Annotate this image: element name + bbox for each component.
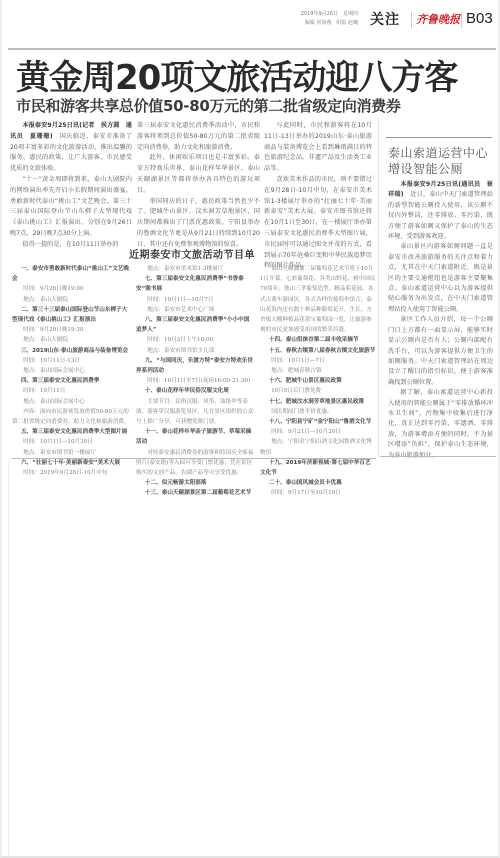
schedule-item-description: 内容：面向市民游客发放价值50-80万元的第二批省级定向消费券，助力文化和旅游消… bbox=[12, 407, 130, 427]
schedule-item-detail: 地点：泰山国际会展中心 bbox=[12, 366, 130, 376]
article-paragraph: “十一”黄金周即将到来，泰山大剧院内的网络演出率先开启小长假期间演出盛宴，勇敢新… bbox=[10, 175, 132, 240]
schedule-item-title: 八、第三届泰安文化惠民消费季“小小中国追梦人” bbox=[136, 315, 254, 335]
editor-credits: 编辑 侯海燕 组版 赵曦 bbox=[294, 19, 358, 28]
headline: 黄金周20项文旅活动迎八方客 bbox=[16, 59, 457, 97]
divider bbox=[411, 12, 412, 28]
masthead-rule bbox=[8, 48, 496, 50]
schedule-item-detail: 时间：10月1日—7日 bbox=[260, 356, 376, 366]
schedule-rule bbox=[12, 458, 376, 459]
sidebar-rule-top bbox=[386, 137, 492, 138]
schedule-item-title: 十四、泰山徂徕谷第二届丰收采摘节 bbox=[260, 335, 376, 345]
schedule-item-detail: 地点：肥城春秋古镇 bbox=[260, 366, 376, 376]
masthead: 2019年9月26日 星期四 编辑 侯海燕 组版 赵曦 关注 齐鲁晚报 B03 bbox=[2, 6, 500, 46]
schedule-item-detail: 时间：10月3日上午10:00 bbox=[136, 335, 254, 345]
schedule-item-detail: 时间：10月11日 bbox=[12, 386, 130, 396]
schedule-item-detail: 时间：9月17日至10月10日 bbox=[260, 488, 376, 498]
schedule-column-3: 泰山天颐湖第二届葡萄花艺术节将于10月1日开幕，七彩葡萄花、各类山野花、树中国庆… bbox=[260, 264, 376, 499]
masthead-meta: 2019年9月26日 星期四 编辑 侯海燕 组版 赵曦 bbox=[294, 10, 358, 28]
schedule-item-title: 四、第三届泰安文化惠民消费季 bbox=[12, 376, 130, 386]
sidebar-paragraph: 本报泰安9月25日讯(通讯员 崔祥瑞) 近日，泰山中天门索道管理站的新型智能公厕… bbox=[388, 180, 493, 242]
schedule-item-detail: 10月5日后门票免费 bbox=[260, 386, 376, 396]
sidebar-headline: 泰山索道运营中心增设智能公厕 bbox=[388, 145, 494, 177]
schedule-item-detail: 国庆期间门票半价优惠。 bbox=[260, 407, 376, 417]
schedule-item-title: 十二、似元畅游太阳部落 bbox=[136, 478, 254, 488]
section-name: 关注 bbox=[370, 9, 400, 29]
schedule-item-description: 对持泰安惠民消费券的游客和持国庆全家福照片(泰安籍)等入园可享受门票优惠；凭在景… bbox=[136, 448, 254, 479]
sidebar-paragraph: 据了解，泰山索道运营中心新投入使用的智能公厕属于“零排放循环冲水卫生间”，污物集… bbox=[388, 388, 493, 461]
schedule-item-detail: 地点：泰山大剧院 bbox=[12, 295, 130, 305]
schedule-item-detail: 地点：泰安市美术馆1-3楼展厅 bbox=[136, 264, 254, 274]
article-paragraph: 举国同庆的日子，惠民政策当然也少不了。肥城牛山景区、汶水洞芳草地景区，国庆期间都… bbox=[137, 197, 260, 251]
schedule-item-title: 二十、泰山国风城会员卡优惠 bbox=[260, 478, 376, 488]
schedule-item-title: 十、泰山花样年华民俗汉服文化周 bbox=[136, 386, 254, 396]
schedule-item-title: 十八、宁阳县宁矿“金宁阳山”鲁酒文化节 bbox=[260, 417, 376, 427]
schedule-item-description: 泰山天颐湖第二届葡萄花艺术节将于10月1日开幕，七彩葡萄花、各类山野花、树中国庆… bbox=[260, 264, 376, 335]
newspaper-logo: 齐鲁晚报 bbox=[416, 11, 460, 27]
subheadline: 市民和游客共享总价值50-80万元的第二批省级定向消费券 bbox=[16, 97, 401, 115]
sidebar-article: 本报泰安9月25日讯(通讯员 崔祥瑞) 近日，泰山中天门索道管理站的新型智能公厕… bbox=[388, 180, 493, 461]
schedule-item-detail: 时间：10月11日-13日 bbox=[12, 356, 130, 366]
schedule-item-title: 六、“壮丽七十年·美丽新泰安”美术大展 bbox=[12, 458, 130, 468]
article-paragraph: 与此同时，市民和游客将在10月11日-13日举办的2019山东·泰山旅游商品与装… bbox=[264, 121, 372, 175]
schedule-item-title: 七、第三届泰安文化惠民消费季“书香泰安”图书展 bbox=[136, 274, 254, 294]
newspaper-page: 2019年9月26日 星期四 编辑 侯海燕 组版 赵曦 关注 齐鲁晚报 B03 … bbox=[0, 0, 500, 858]
article-paragraph: 此外，休闲娱乐项目也是丰富多彩。泰安方特欢乐世界、泰山花样年华景区、泰山天颐湖景… bbox=[137, 153, 260, 196]
schedule-column-1: 一、泰安市勇敢新时代泰山“挑山工”文艺晚会时间：9月26日晚19:00地点：泰山… bbox=[12, 264, 130, 478]
page-margin-rule bbox=[8, 462, 9, 856]
article-column-1: 本报泰安9月25日讯(记者 侯方圆 通讯员 夏珊珊) 国庆临近，泰安市准备了20… bbox=[10, 121, 132, 251]
schedule-item-detail: 时间：9月29日晚19:30 bbox=[12, 325, 130, 335]
sidebar-paragraph: 泰山景区内游客如厕问题一直是泰安市改善旅游服务的关注点和着力点，尤其在中天门索道… bbox=[388, 242, 493, 315]
schedule-item-detail: 地点：宁阳金宁阳山酒文化园鲁酒文化博物馆 bbox=[260, 437, 376, 457]
schedule-item-title: 十五、春秋古镇第八届春秋古镇文化旅游节 bbox=[260, 346, 376, 356]
schedule-item-title: 十三、泰山天颐湖景区第二届葡萄花艺术节 bbox=[136, 488, 254, 498]
issue-date: 2019年9月26日 星期四 bbox=[294, 10, 358, 19]
article-column-2: 第三届泰安文化惠民消费季活动中，市民和游客将领到总价值50-80万元的第二批省级… bbox=[137, 121, 260, 251]
schedule-item-detail: 时间：2019年9月28日-10月中旬 bbox=[12, 468, 130, 478]
article-paragraph: 第三届泰安文化惠民消费季活动中，市民和游客将领到总价值50-80万元的第二批省级… bbox=[137, 121, 260, 153]
schedule-item-detail: 时间：9月21日—10月20日 bbox=[260, 427, 376, 437]
schedule-item-detail: 时间：10月1日至7日(夜场16:00-21:30) bbox=[136, 376, 254, 386]
schedule-item-detail: 地点：泰山国际会展中心 bbox=[12, 397, 130, 407]
schedule-item-title: 三、2019山东·泰山旅游商品与装备博览会 bbox=[12, 346, 130, 356]
schedule-item-detail: 时间：10月1日—10月30日 bbox=[12, 437, 130, 447]
schedule-column-2: 地点：泰安市美术馆1-3楼展厅七、第三届泰安文化惠民消费季“书香泰安”图书展时间… bbox=[136, 264, 254, 499]
sidebar-paragraph: 景区工作人员介绍，每一个公厕门口上方都有一面显示屏，能够实时显示公厕内是否有人；… bbox=[388, 315, 493, 388]
schedule-item-detail: 时间：9月26日晚19:00 bbox=[12, 284, 130, 294]
schedule-item-detail: 地点：泰安市图书馆少儿部 bbox=[136, 346, 254, 356]
schedule-item-detail: 地点：泰安市艺术中心广场 bbox=[136, 305, 254, 315]
schedule-item-title: 十一、泰山花样年华亲子旅游节、草莓采摘活动 bbox=[136, 427, 254, 447]
schedule-title: 近期泰安市文旅活动节目单 bbox=[10, 246, 374, 261]
schedule-item-title: 一、泰安市勇敢新时代泰山“挑山工”文艺晚会 bbox=[12, 264, 130, 284]
schedule-item-title: 二、第三十三届泰山国际登山节山东梆子大型现代戏《泰山挑山工》汇报演出 bbox=[12, 305, 130, 325]
sidebar-rule-bottom bbox=[380, 456, 496, 457]
divider bbox=[461, 12, 462, 28]
schedule-item-description: 主要节目：民俗汉服、风筝、油纸伞等表演。游客穿汉服游览景区，凡在景区组织的公众号… bbox=[136, 397, 254, 428]
schedule-item-title: 十七、肥城汶水洞芳草地景区惠民政策 bbox=[260, 397, 376, 407]
schedule-item-title: 九、“与国同庆，乐渡方特”泰安方特欢乐世界系列活动 bbox=[136, 356, 254, 376]
schedule-item-title: 十九、2019年济新视城·第七届中华百艺文化节 bbox=[260, 458, 376, 478]
article-paragraph: 本报泰安9月25日讯(记者 侯方圆 通讯员 夏珊珊) 国庆临近，泰安市准备了20… bbox=[10, 121, 132, 175]
schedule-item-title: 十六、肥城牛山景区惠民政策 bbox=[260, 376, 376, 386]
column-divider bbox=[378, 118, 379, 458]
page-number: B03 bbox=[466, 10, 493, 27]
schedule-item-title: 五、第三届泰安文化惠民消费季大型图片展 bbox=[12, 427, 130, 437]
schedule-item-detail: 地点：泰山大剧院 bbox=[12, 335, 130, 345]
schedule-item-detail: 时间：10月1日—10月7日 bbox=[136, 295, 254, 305]
schedule-item-detail: 地点：泰安市图书馆一楼展厅 bbox=[12, 448, 130, 458]
